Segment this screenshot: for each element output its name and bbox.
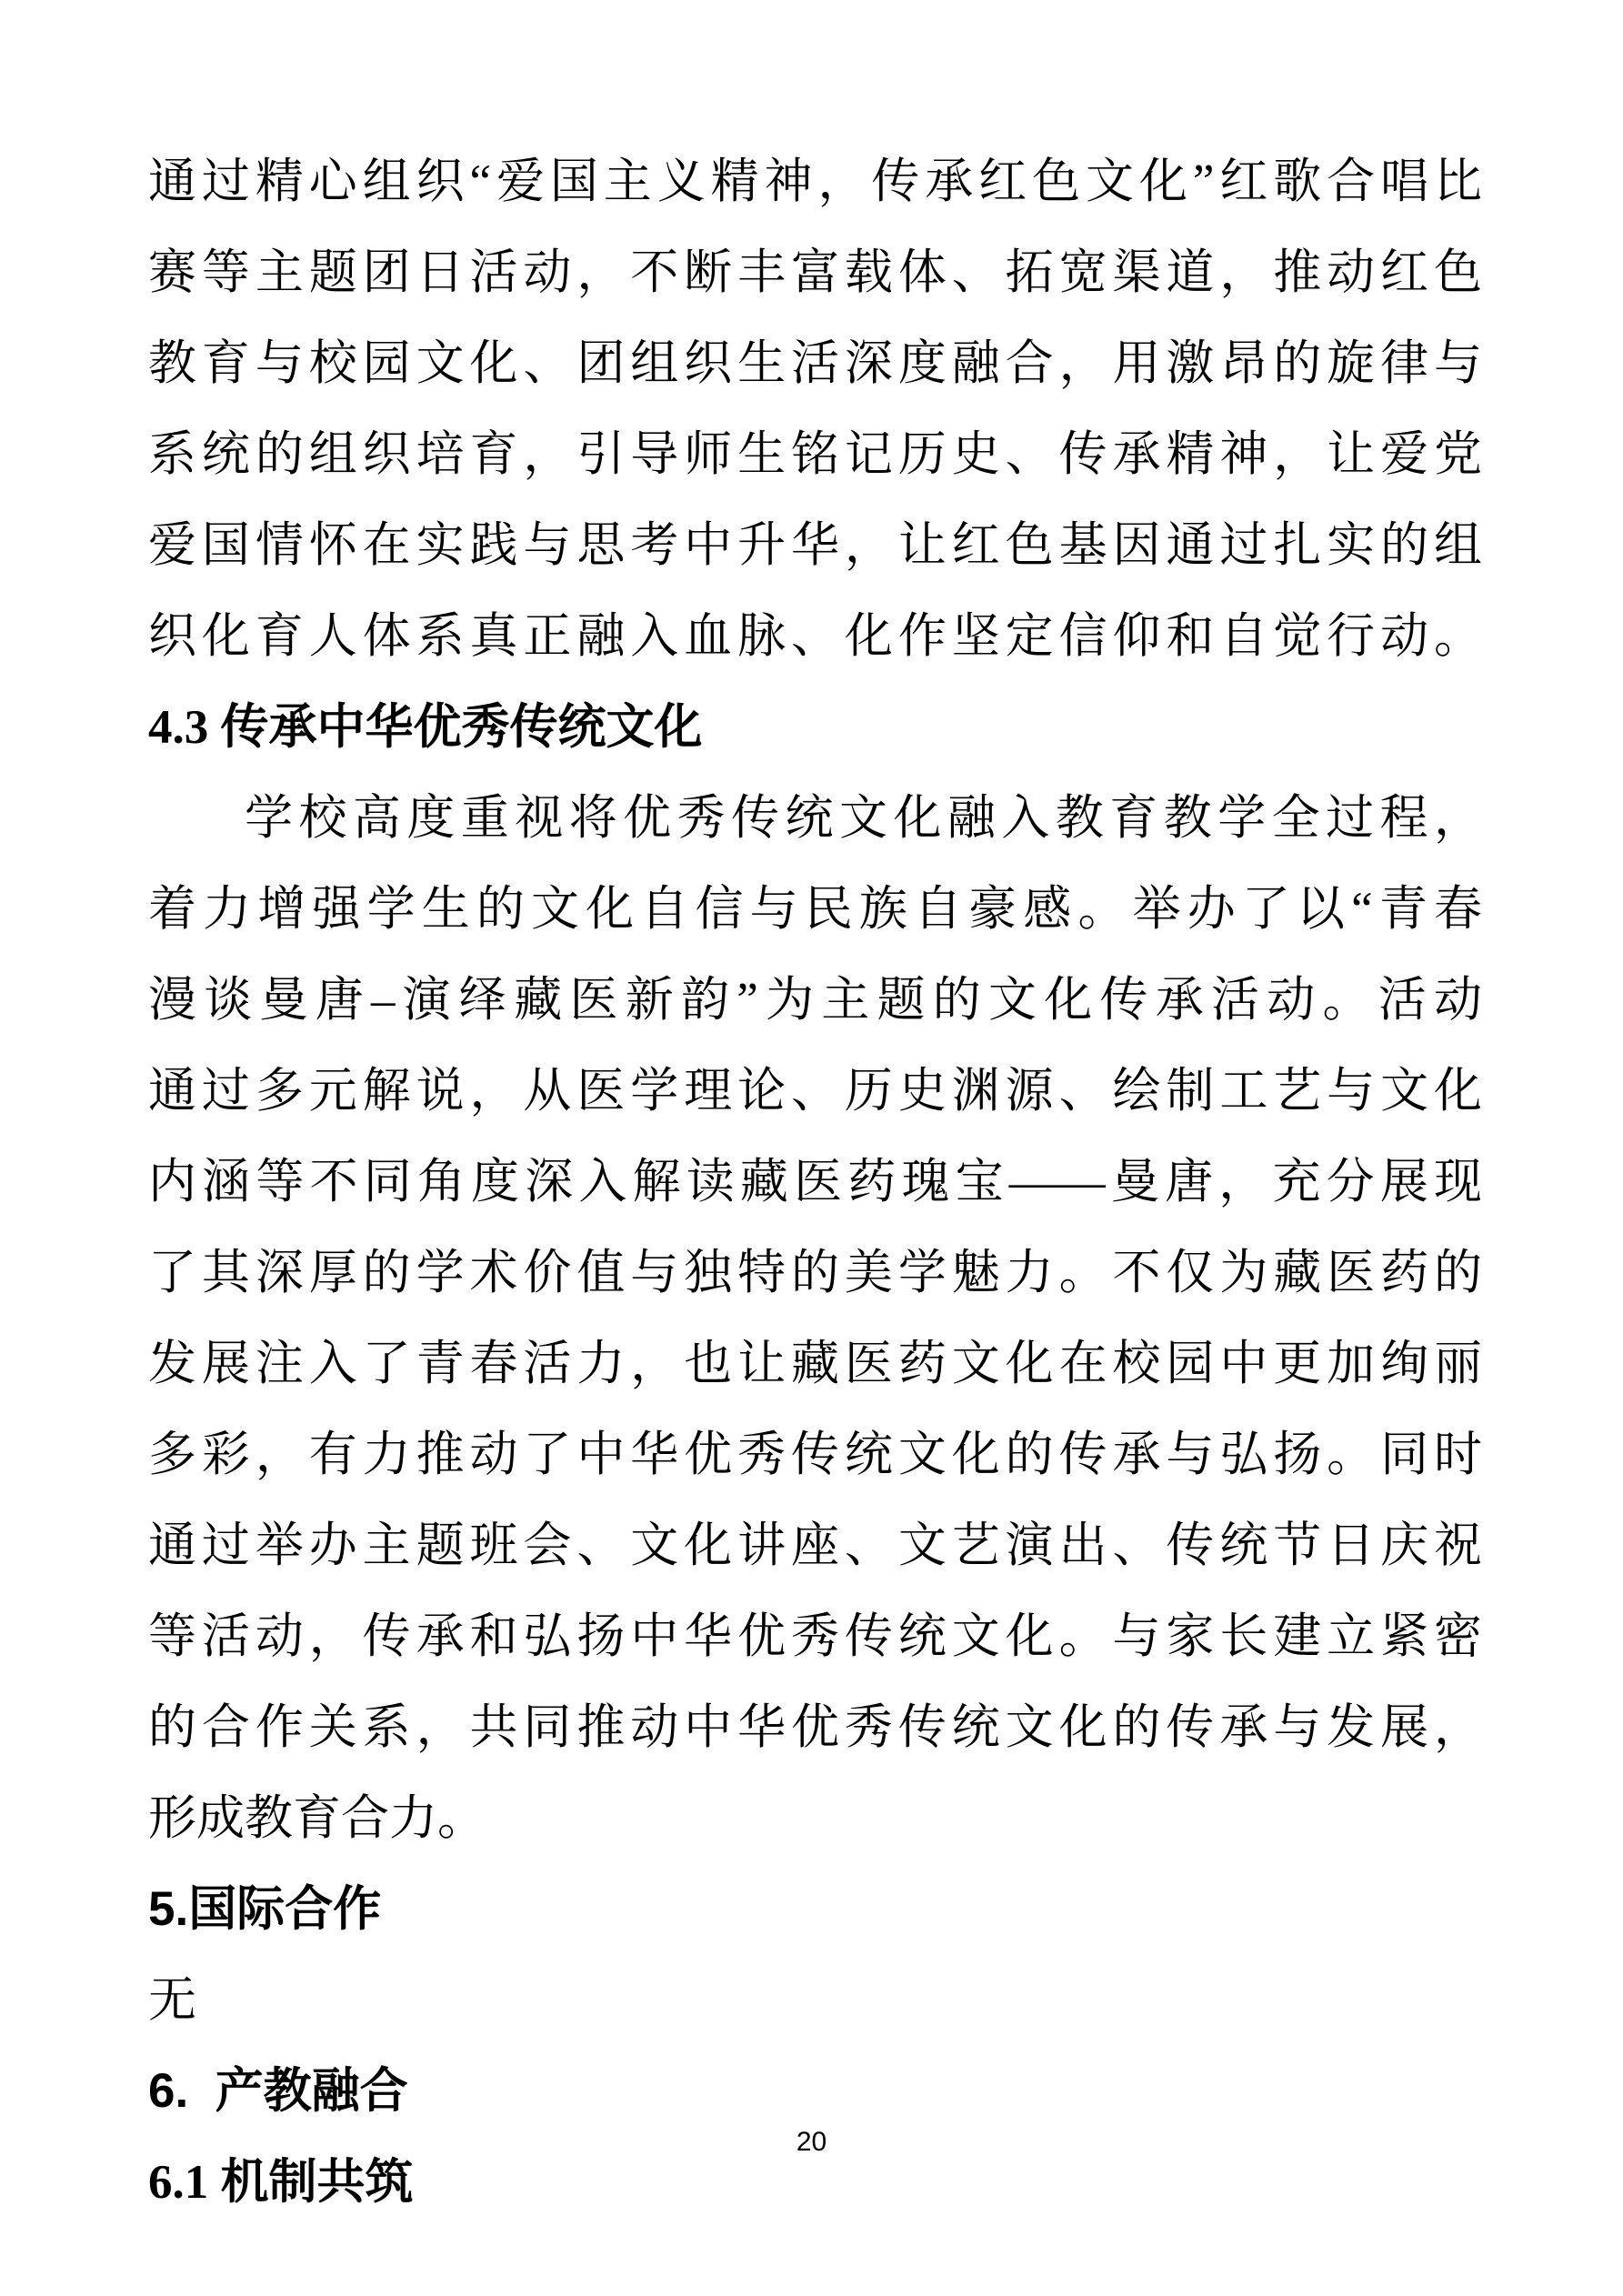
paragraph-red-culture: 通过精心组织“爱国主义精神，传承红色文化”红歌合唱比赛等主题团日活动，不断丰富载… — [148, 136, 1482, 682]
text-line: 形成教育合力。 — [148, 1773, 1482, 1864]
text-line: 发展注入了青春活力，也让藏医药文化在校园中更加绚丽 — [148, 1318, 1482, 1409]
text-line: 着力增强学生的文化自信与民族自豪感。举办了以“青春 — [148, 864, 1482, 955]
international-cooperation-none-text: 无 — [148, 1955, 1482, 2046]
text-line: 赛等主题团日活动，不断丰富载体、拓宽渠道，推动红色 — [148, 227, 1482, 318]
page-number: 20 — [0, 2126, 1623, 2159]
text-line: 了其深厚的学术价值与独特的美学魅力。不仅为藏医药的 — [148, 1228, 1482, 1318]
paragraph-traditional-culture: 学校高度重视将优秀传统文化融入教育教学全过程，着力增强学生的文化自信与民族自豪感… — [148, 773, 1482, 1864]
text-line: 内涵等不同角度深入解读藏医药瑰宝——曼唐，充分展现 — [148, 1137, 1482, 1228]
text-line: 教育与校园文化、团组织生活深度融合，用激昂的旋律与 — [148, 318, 1482, 409]
text-line: 织化育人体系真正融入血脉、化作坚定信仰和自觉行动。 — [148, 591, 1482, 682]
text-line: 多彩，有力推动了中华优秀传统文化的传承与弘扬。同时 — [148, 1409, 1482, 1500]
text-line: 等活动，传承和弘扬中华优秀传统文化。与家长建立紧密 — [148, 1591, 1482, 1682]
document-body: 通过精心组织“爱国主义精神，传承红色文化”红歌合唱比赛等主题团日活动，不断丰富载… — [148, 136, 1482, 2228]
text-line: 通过精心组织“爱国主义精神，传承红色文化”红歌合唱比 — [148, 136, 1482, 227]
text-line: 爱国情怀在实践与思考中升华，让红色基因通过扎实的组 — [148, 500, 1482, 591]
text-line: 漫谈曼唐–演绎藏医新韵”为主题的文化传承活动。活动 — [148, 955, 1482, 1046]
text-line: 学校高度重视将优秀传统文化融入教育教学全过程， — [148, 773, 1482, 864]
text-line: 的合作关系，共同推动中华优秀传统文化的传承与发展， — [148, 1682, 1482, 1773]
heading-6-industry-education: 6. 产教融合 — [148, 2046, 1482, 2137]
heading-5-international-cooperation: 5.国际合作 — [148, 1864, 1482, 1955]
text-line: 通过多元解说，从医学理论、历史渊源、绘制工艺与文化 — [148, 1046, 1482, 1137]
heading-4-3: 4.3 传承中华优秀传统文化 — [148, 682, 1482, 773]
document-page: 通过精心组织“爱国主义精神，传承红色文化”红歌合唱比赛等主题团日活动，不断丰富载… — [0, 0, 1623, 2296]
text-line: 系统的组织培育，引导师生铭记历史、传承精神，让爱党 — [148, 409, 1482, 500]
text-line: 通过举办主题班会、文化讲座、文艺演出、传统节日庆祝 — [148, 1500, 1482, 1591]
